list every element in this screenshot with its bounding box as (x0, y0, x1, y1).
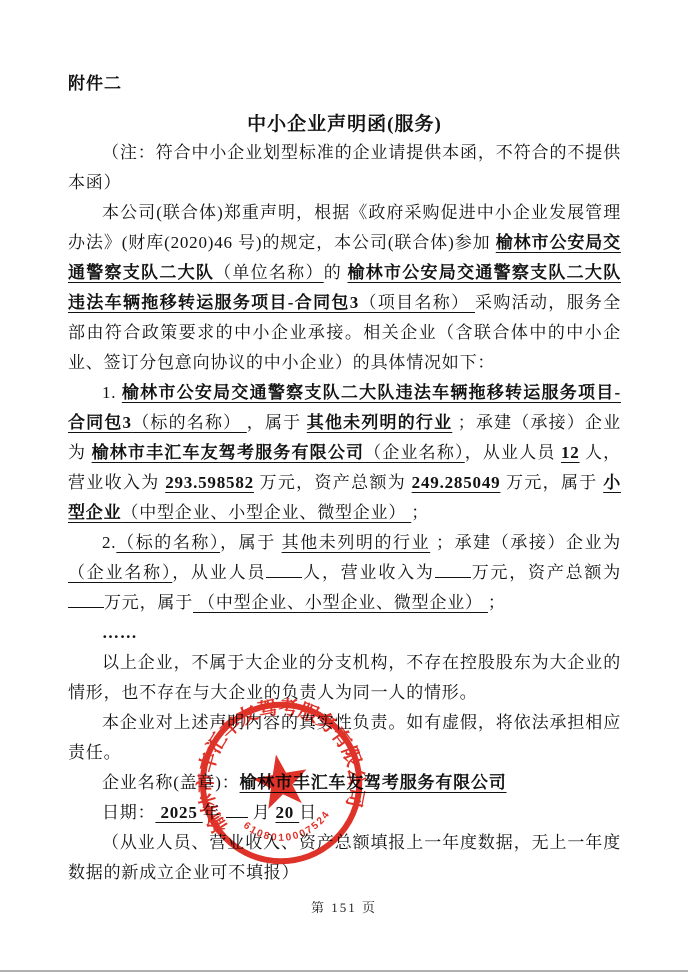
page-bottom-border (0, 970, 688, 972)
item-1-paragraph: 1. 榆林市公安局交通警察支队二大队违法车辆拖移转运服务项目-合同包3（标的名称… (68, 378, 621, 528)
company-sign-line: 企业名称(盖章)：榆林市丰汇车友驾考服务有限公司 (68, 768, 621, 798)
item-2-paragraph: 2.（标的名称），属于 其他未列明的行业 ；承建（承接）企业为 （企业名称），从… (68, 528, 621, 618)
page-number-footer: 第 151 页 (0, 897, 688, 916)
attachment-label: 附件二 (68, 74, 621, 94)
no-big-enterprise-paragraph: 以上企业，不属于大企业的分支机构，不存在控股股东为大企业的情形，也不存在与大企业… (68, 648, 621, 708)
fill-note-paragraph: （从业人员、营业收入、资产总额填报上一年度数据，无上一年度数据的新成立企业可不填… (68, 828, 621, 888)
responsibility-paragraph: 本企业对上述声明内容的真实性负责。如有虚假，将依法承担相应责任。 (68, 708, 621, 768)
ellipsis-line: …… (68, 618, 621, 648)
declaration-paragraph: 本公司(联合体)郑重声明，根据《政府采购促进中小企业发展管理办法》(财库(202… (68, 198, 621, 378)
document-title: 中小企业声明函(服务) (68, 112, 621, 138)
date-sign-line: 日期： 2025 年 月 20 日 (68, 798, 621, 828)
declaration-document: 附件二 中小企业声明函(服务) （注：符合中小企业划型标准的企业请提供本函，不符… (68, 74, 621, 888)
note-paragraph: （注：符合中小企业划型标准的企业请提供本函，不符合的不提供本函） (68, 138, 621, 198)
